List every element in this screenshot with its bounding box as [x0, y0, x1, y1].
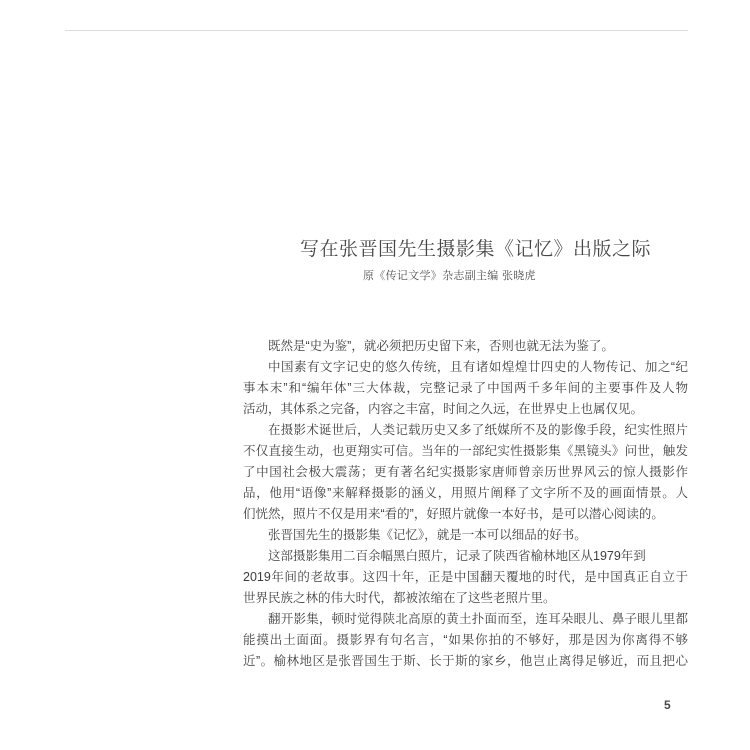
body-text-line: 活动，其体系之完备，内容之丰富，时间之久远，在世界史上也属仅见。	[243, 399, 688, 420]
body-text: 既然是“史为鉴”，就必须把历史留下来，否则也就无法为鉴了。中国素有文字记史的悠久…	[243, 336, 688, 672]
body-text-line: 们恍然，照片不仅是用来“看的”，好照片就像一本好书，是可以潜心阅读的。	[243, 504, 688, 525]
body-text-line: 世界民族之林的伟大时代，都被浓缩在了这些老照片里。	[243, 588, 688, 609]
body-text-line: 品，他用“语像”来解释摄影的涵义，用照片阐释了文字所不及的画面情景。人	[243, 483, 688, 504]
body-text-line: 2019年间的老故事。这四十年，正是中国翻天覆地的时代，是中国真正自立于	[243, 567, 688, 588]
body-text-line: 既然是“史为鉴”，就必须把历史留下来，否则也就无法为鉴了。	[243, 336, 688, 357]
byline: 原《传记文学》杂志副主编 张晓虎	[363, 269, 536, 284]
body-text-line: 翻开影集，顿时觉得陕北高原的黄土扑面而至，连耳朵眼儿、鼻子眼儿里都	[243, 609, 688, 630]
body-text-line: 在摄影术诞世后，人类记载历史又多了纸媒所不及的影像手段，纪实性照片	[243, 420, 688, 441]
page-number: 5	[664, 698, 671, 712]
page-title: 写在张晋国先生摄影集《记忆》出版之际	[300, 238, 651, 262]
body-text-line: 能摸出土面面。摄影界有句名言，“如果你拍的不够好，那是因为你离得不够	[243, 630, 688, 651]
body-text-line: 近”。榆林地区是张晋国生于斯、长于斯的家乡，他岂止离得足够近，而且把心	[243, 651, 688, 672]
body-text-line: 张晋国先生的摄影集《记忆》，就是一本可以细品的好书。	[243, 525, 688, 546]
body-text-line: 事本末”和“编年体”三大体裁，完整记录了中国两千多年间的主要事件及人物	[243, 378, 688, 399]
header-rule	[65, 30, 688, 31]
book-page: 写在张晋国先生摄影集《记忆》出版之际 原《传记文学》杂志副主编 张晓虎 既然是“…	[0, 0, 750, 750]
body-text-line: 不仅直接生动，也更翔实可信。当年的一部纪实性摄影集《黑镜头》问世，触发	[243, 441, 688, 462]
body-text-line: 这部摄影集用二百余幅黑白照片，记录了陕西省榆林地区从1979年到	[243, 546, 688, 567]
body-text-line: 中国素有文字记史的悠久传统，且有诸如煌煌廿四史的人物传记、加之“纪	[243, 357, 688, 378]
body-text-line: 了中国社会极大震荡；更有著名纪实摄影家唐师曾亲历世界风云的惊人摄影作	[243, 462, 688, 483]
